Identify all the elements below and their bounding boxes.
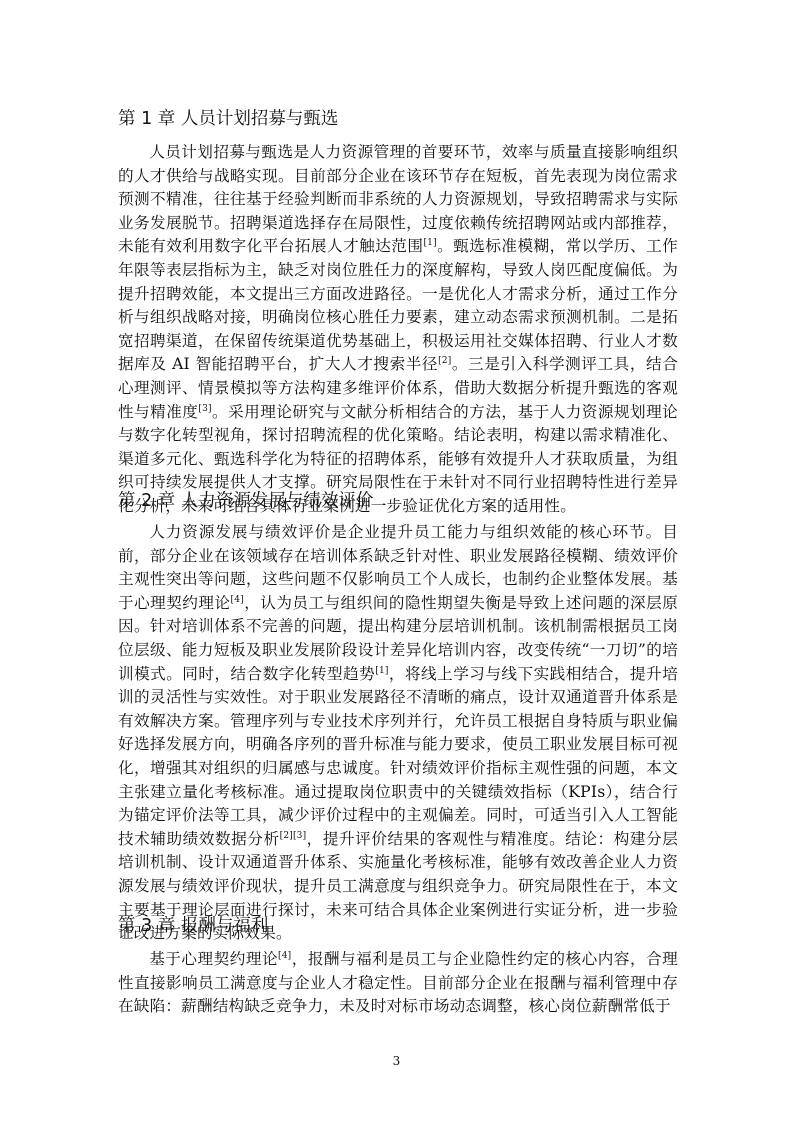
citation-ref: [1] [375,666,388,676]
chapter-1-paragraph: 人员计划招募与甄选是人力资源管理的首要环节，效率与质量直接影响组织的人才供给与战… [118,141,678,519]
citation-ref: [2] [438,356,451,366]
chapter-1-title: 第 1 章 人员计划招募与甄选 [118,107,338,131]
citation-ref: [4] [278,951,291,961]
citation-ref: [3] [198,404,211,414]
citation-ref: [4] [231,595,244,605]
chapter-2-title: 第 2 章 人力资源发展与绩效评价 [118,489,373,513]
page-number: 3 [0,1054,793,1068]
chapter-2-paragraph: 人力资源发展与绩效评价是企业提升员工能力与组织效能的核心环节。目前，部分企业在该… [118,521,678,946]
chapter-3-paragraph: 基于心理契约理论[4]，报酬与福利是员工与企业隐性约定的核心内容，合理性直接影响… [118,948,678,1019]
citation-ref: [2][3] [280,831,307,841]
citation-ref: [1] [423,238,436,248]
chapter-3-title: 第 3 章 报酬与福利 [118,914,268,938]
